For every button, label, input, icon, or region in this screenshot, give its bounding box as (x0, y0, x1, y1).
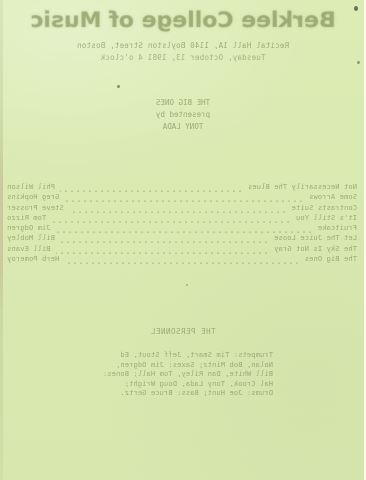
song-title: The Big Ones (305, 255, 357, 263)
program-row: Some Arrows Greg Hopkins (7, 193, 357, 203)
song-title: The Sky Is Not Gray (274, 245, 357, 253)
composer-name: Phil Wilson (7, 183, 55, 191)
paper-speck (357, 61, 360, 64)
composer-name: Greg Hopkins (7, 193, 59, 201)
dot-leader (64, 193, 304, 203)
paper-speck (186, 284, 188, 286)
song-title: Contrasts Suite (292, 204, 357, 212)
title-block: THE BIG ONES presented by TONY LADA (0, 97, 366, 133)
left-edge-shadow (0, 0, 3, 480)
dot-leader (69, 204, 287, 214)
composer-name: Tom Rizzo (7, 214, 46, 222)
presented-by-line: presented by (0, 109, 366, 121)
program-row: The Sky Is Not Gray Bill Evans (7, 245, 357, 255)
venue-line: Recital Hall 1A, 1140 Boylston Street, B… (0, 41, 366, 50)
personnel-paragraph: Trumpets: Tim Smart, Jeff Stout, EdNolan… (91, 351, 273, 399)
director-name: TONY LADA (0, 121, 366, 133)
personnel-heading: THE PERSONNEL (0, 327, 366, 336)
song-title: Not Necessarily The Blues (248, 183, 357, 191)
composer-name: Bill Mobley (7, 234, 55, 242)
date-line: Tuesday, October 13, 1981 4 o'clock (0, 53, 366, 62)
dot-leader (60, 234, 269, 244)
program-row: Not Necessarily The Blues Phil Wilson (7, 183, 357, 193)
composer-name: Jim Odgren (7, 224, 51, 232)
concert-title: THE BIG ONES (0, 97, 366, 109)
berklee-logo: Berklee College of Music (0, 8, 366, 33)
program-row: Let The Juice Loose Bill Mobley (7, 234, 357, 244)
personnel-line: Bill White, Dan Riley, Tom Hall; Bones: (91, 370, 273, 380)
personnel-line: Nolan, Bob Mintz; Saxes: Jim Odgren, (91, 361, 273, 371)
personnel-line: Drums: Joe Hunt; Bass: Bruce Gertz. (91, 389, 273, 399)
program-row: It's Still You Tom Rizzo (7, 214, 357, 224)
composer-name: Bill Evans (7, 245, 51, 253)
program-list: Not Necessarily The Blues Phil Wilson So… (7, 183, 357, 265)
song-title: It's Still You (296, 214, 357, 222)
paper-speck (354, 6, 358, 11)
song-title: Let The Juice Loose (274, 234, 357, 242)
personnel-line: Hal Crook, Tony Lada, Doug Wright; (91, 380, 273, 390)
bleed-through-ink-layer: Berklee College of Music Recital Hall 1A… (0, 0, 366, 480)
song-title: Some Arrows (309, 193, 357, 201)
dot-leader (56, 245, 269, 255)
dot-leader (64, 255, 299, 265)
composer-name: Steve Prosser (7, 204, 64, 212)
program-row: Fruitcake Jim Odgren (7, 224, 357, 234)
scanned-page: Berklee College of Music Recital Hall 1A… (0, 0, 366, 480)
program-row: Contrasts Suite Steve Prosser (7, 204, 357, 214)
dot-leader (56, 224, 313, 234)
song-title: Fruitcake (318, 224, 357, 232)
dot-leader (60, 183, 243, 193)
composer-name: Herb Pomeroy (7, 255, 59, 263)
paper-speck (117, 85, 120, 88)
personnel-line: Trumpets: Tim Smart, Jeff Stout, Ed (91, 351, 273, 361)
dot-leader (51, 214, 291, 224)
program-row: The Big Ones Herb Pomeroy (7, 255, 357, 265)
